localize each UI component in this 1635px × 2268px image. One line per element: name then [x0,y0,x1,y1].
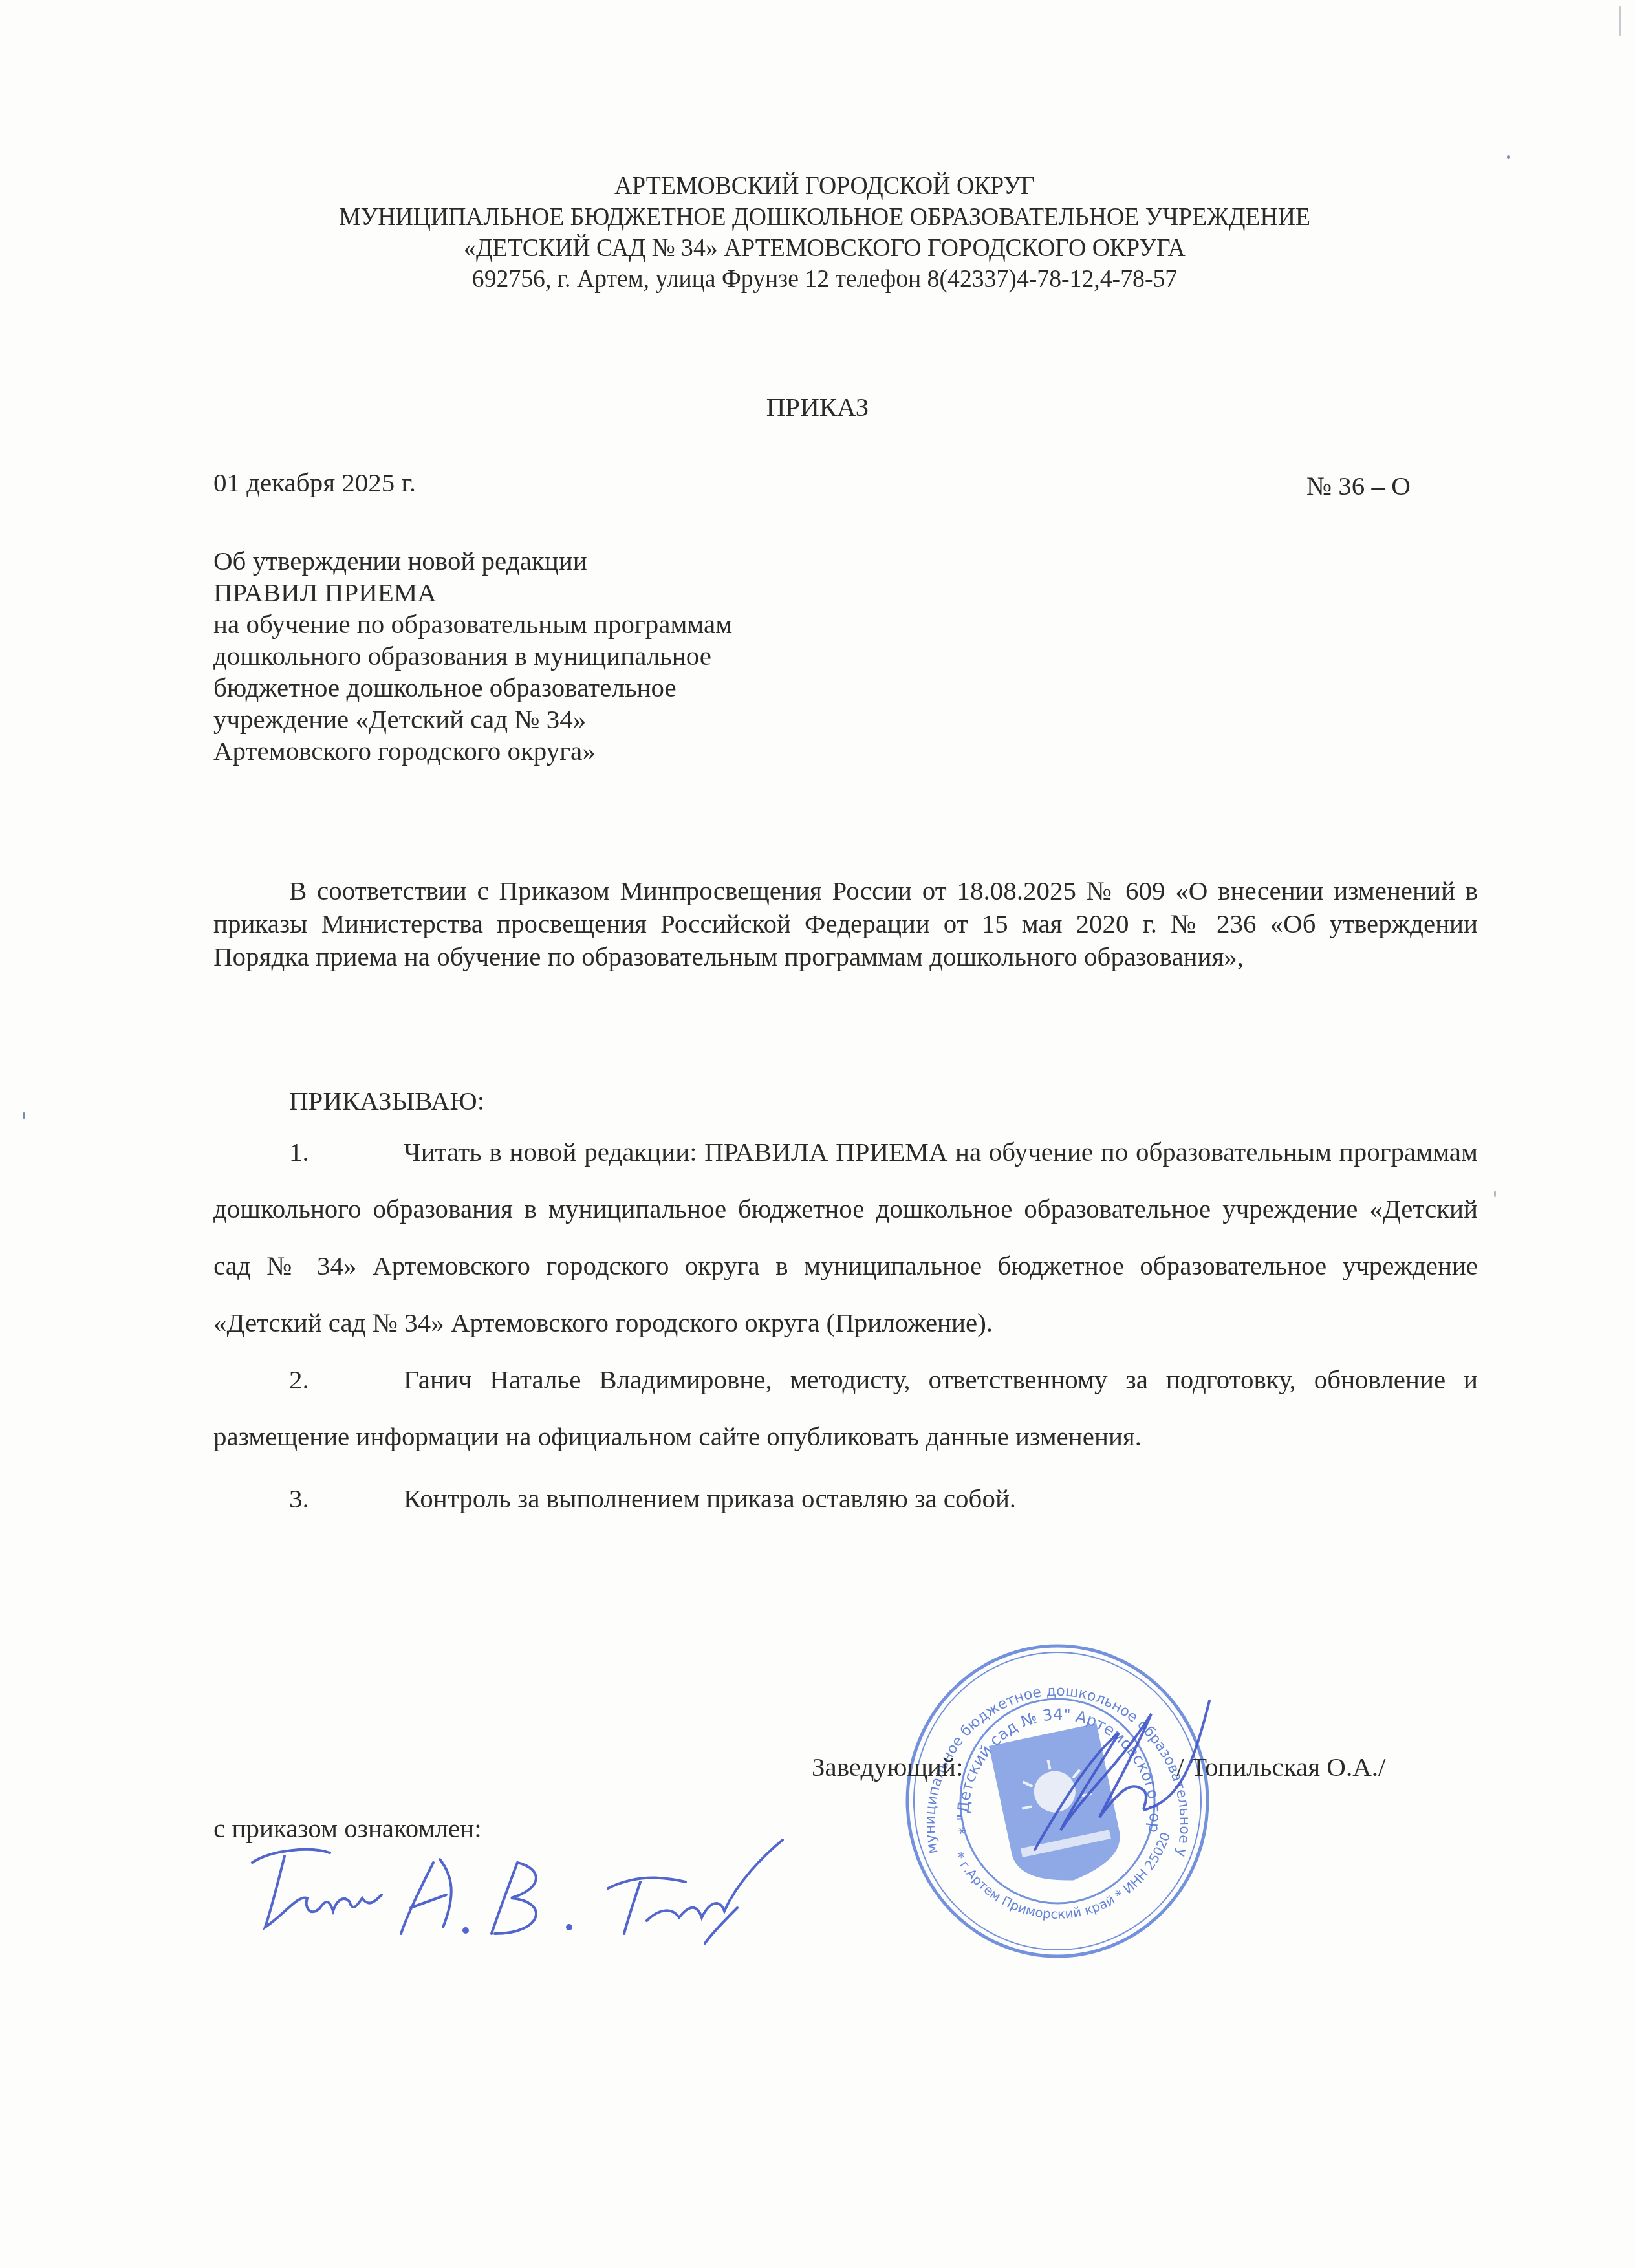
subject-line: Об утверждении новой редакции [213,545,732,577]
order-item: 2.Ганич Наталье Владимировне, методисту,… [213,1351,1478,1465]
order-directive: ПРИКАЗЫВАЮ: [289,1085,484,1116]
scan-speck [1507,155,1510,159]
signer-role: Заведующий: [812,1752,963,1782]
director-signature-icon [1022,1694,1216,1863]
item-number: 2. [289,1351,404,1408]
letterhead-line: МУНИЦИПАЛЬНОЕ БЮДЖЕТНОЕ ДОШКОЛЬНОЕ ОБРАЗ… [244,200,1405,232]
subject-block: Об утверждении новой редакции ПРАВИЛ ПРИ… [213,545,732,767]
item-number: 1. [289,1123,404,1180]
item-number: 3. [289,1470,404,1527]
subject-line: ПРАВИЛ ПРИЕМА [213,577,732,609]
preamble-paragraph: В соответствии с Приказом Минпросвещения… [213,874,1478,973]
letterhead-line: «ДЕТСКИЙ САД № 34» АРТЕМОВСКОГО ГОРОДСКО… [244,232,1405,263]
item-text: Контроль за выполнением приказа оставляю… [404,1484,1016,1513]
subject-line: бюджетное дошкольное образовательное [213,672,732,704]
scan-speck [1494,1190,1496,1198]
subject-line: дошкольного образования в муниципальное [213,640,732,672]
letterhead-line: 692756, г. Артем, улица Фрунзе 12 телефо… [244,263,1405,294]
letterhead-line: АРТЕМОВСКИЙ ГОРОДСКОЙ ОКРУГ [244,169,1405,200]
item-text: Ганич Наталье Владимировне, методисту, о… [213,1365,1478,1451]
order-document: АРТЕМОВСКИЙ ГОРОДСКОЙ ОКРУГ МУНИЦИПАЛЬНО… [0,0,1635,2268]
document-title: ПРИКАЗ [0,391,1635,422]
acknowledgement-signature-icon [246,1837,789,1947]
order-item: 1.Читать в новой редакции: ПРАВИЛА ПРИЕМ… [213,1123,1478,1351]
subject-line: Артемовского городского округа» [213,735,732,767]
scan-speck [23,1112,25,1119]
subject-line: на обучение по образовательным программа… [213,609,732,640]
letterhead: АРТЕМОВСКИЙ ГОРОДСКОЙ ОКРУГ МУНИЦИПАЛЬНО… [244,169,1405,294]
order-item: 3.Контроль за выполнением приказа оставл… [213,1470,1478,1527]
document-date: 01 декабря 2025 г. [213,467,416,498]
subject-line: учреждение «Детский сад № 34» [213,704,732,735]
scan-edge-mark [1619,6,1621,36]
document-number: № 36 – О [1306,470,1411,501]
order-items: 1.Читать в новой редакции: ПРАВИЛА ПРИЕМ… [213,1123,1478,1527]
